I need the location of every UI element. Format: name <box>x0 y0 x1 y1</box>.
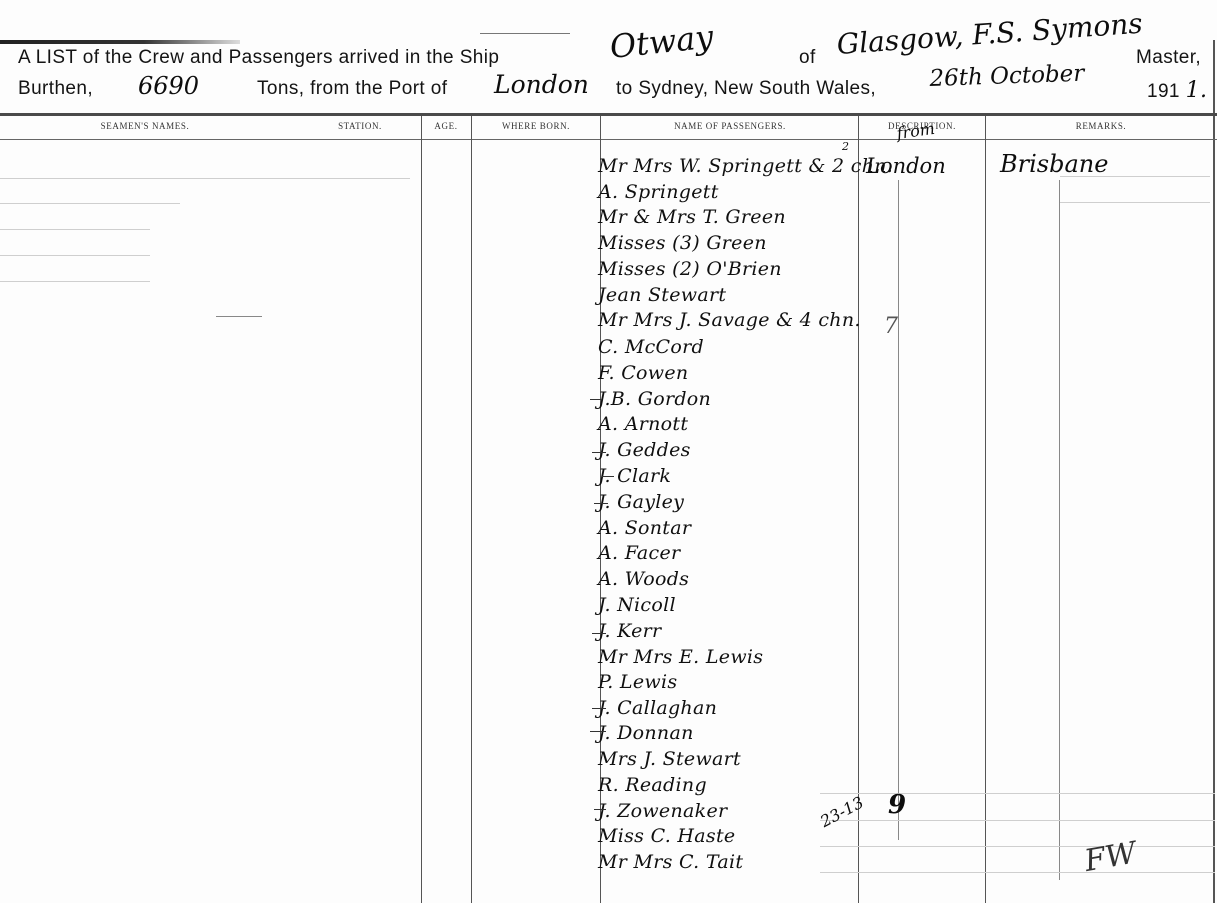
passenger-row: F. Cowen <box>598 362 688 384</box>
ship-name: Otway <box>608 17 715 66</box>
col-header-seamens-names: SEAMEN'S NAMES. <box>0 121 290 131</box>
faint-rule <box>0 203 180 204</box>
arrival-date: 26th October <box>929 61 1085 92</box>
check-dash <box>602 476 614 477</box>
passenger-list-page: A LIST of the Crew and Passengers arrive… <box>0 0 1217 903</box>
description-subdivider <box>898 180 899 840</box>
faint-rule <box>0 281 150 282</box>
col-divider-age-born <box>471 116 472 903</box>
check-dash <box>594 809 606 810</box>
check-dash <box>590 399 602 400</box>
row7-mark: 7 <box>884 314 898 339</box>
col-divider-description-remarks <box>985 116 986 903</box>
header-line1-prefix: A LIST of the Crew and Passengers arrive… <box>18 47 499 68</box>
faint-rule <box>1060 202 1210 203</box>
row1-tick: 2 <box>842 140 849 153</box>
top-rule <box>0 40 240 44</box>
passenger-row: J.B. Gordon <box>598 388 711 410</box>
passenger-row: J. Nicoll <box>598 594 676 616</box>
col-header-where-born: WHERE BORN. <box>471 121 601 131</box>
page-right-edge <box>1213 40 1215 903</box>
passenger-row: Mrs J. Stewart <box>598 748 741 770</box>
passenger-row: Mr Mrs J. Savage & 4 chn. <box>598 309 861 331</box>
passenger-row: J. Geddes <box>598 439 691 461</box>
tons-label: Tons, from the Port of <box>257 78 447 100</box>
col-divider-passengers-description <box>858 116 859 903</box>
faint-rule <box>0 178 410 179</box>
passenger-row: A. Facer <box>598 542 680 564</box>
burthen-value: 6690 <box>138 72 199 100</box>
table-header-bottom-rule <box>0 139 1217 140</box>
check-dash <box>592 633 606 634</box>
master-label: Master, <box>1136 47 1201 69</box>
faint-rule <box>820 820 1215 821</box>
faint-rule <box>0 229 150 230</box>
passenger-row: Misses (2) O'Brien <box>598 258 782 280</box>
col-header-passengers: NAME OF PASSENGERS. <box>601 121 859 131</box>
table-header-top-rule <box>0 113 1217 116</box>
port-of-departure: London <box>494 70 589 99</box>
passenger-row: R. Reading <box>598 774 707 796</box>
passenger-row: J. Callaghan <box>598 697 717 719</box>
faint-rule <box>0 255 150 256</box>
passenger-row: J. Gayley <box>598 491 684 513</box>
passenger-row: P. Lewis <box>598 671 677 693</box>
check-dash <box>590 731 606 732</box>
passenger-row: C. McCord <box>598 336 704 358</box>
remarks-value: Brisbane <box>1000 150 1108 178</box>
faint-rule <box>820 846 1215 847</box>
burthen-label: Burthen, <box>18 78 93 100</box>
remarks-subdivider <box>1059 180 1060 880</box>
ship-port-and-master: Glasgow, F.S. Symons <box>836 7 1144 61</box>
faint-rule <box>820 793 1215 794</box>
passenger-row: Mr Mrs C. Tait <box>598 851 743 873</box>
passenger-row: J. Zowenaker <box>598 800 727 822</box>
top-rule-short <box>480 33 570 34</box>
passenger-row: Misses (3) Green <box>598 232 767 254</box>
col-header-age: AGE. <box>421 121 471 131</box>
passenger-row: J. Donnan <box>598 722 694 744</box>
check-dash <box>592 708 606 709</box>
year-label: 191 1. <box>1147 78 1207 103</box>
of-label: of <box>799 47 816 69</box>
year-suffix: 1. <box>1186 78 1208 103</box>
col-divider-station-age <box>421 116 422 903</box>
passenger-row: A. Sontar <box>598 517 691 539</box>
passenger-row: A. Arnott <box>598 413 688 435</box>
passenger-row: J. Kerr <box>598 620 661 642</box>
passenger-row: Miss C. Haste <box>598 825 735 847</box>
passenger-row: Jean Stewart <box>598 284 726 306</box>
check-dash <box>592 452 606 453</box>
col-header-remarks: REMARKS. <box>986 121 1216 131</box>
check-dash <box>594 503 608 504</box>
tally-total: 9 <box>888 790 906 820</box>
faint-rule <box>820 872 1215 873</box>
passenger-row: Mr Mrs E. Lewis <box>598 646 763 668</box>
passenger-row: A. Woods <box>598 568 689 590</box>
col-header-station: STATION. <box>300 121 420 131</box>
faint-rule <box>216 316 262 317</box>
passenger-row: Mr Mrs W. Springett & 2 chn. <box>598 155 893 177</box>
year-prefix: 191 <box>1147 81 1180 102</box>
tally-annotation: 23-13 <box>817 793 867 831</box>
header-line-1: A LIST of the Crew and Passengers arrive… <box>18 47 499 69</box>
passenger-row: Mr & Mrs T. Green <box>598 206 786 228</box>
passenger-row: A. Springett <box>598 181 719 203</box>
to-sydney-label: to Sydney, New South Wales, <box>616 78 876 100</box>
